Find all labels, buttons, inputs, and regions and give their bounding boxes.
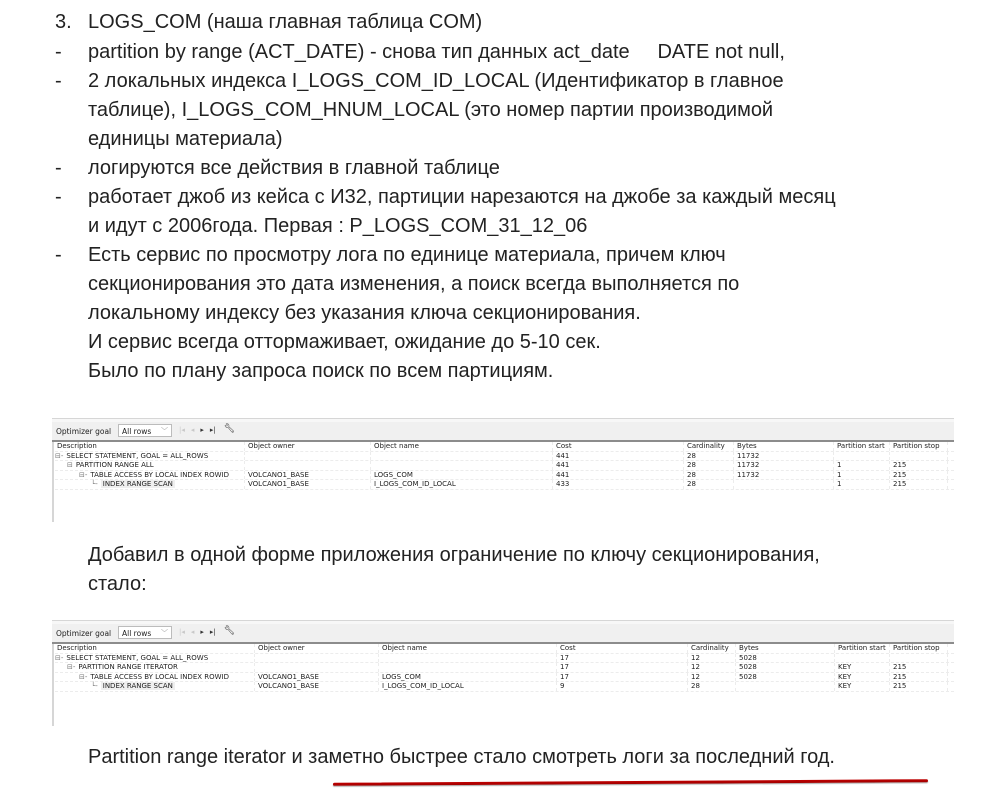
col-partition-start: KEY bbox=[835, 673, 890, 682]
col-cardinality: 12 bbox=[688, 673, 736, 682]
col-bytes: 5028 bbox=[736, 673, 835, 682]
col-owner: VOLCANO1_BASE bbox=[255, 682, 379, 691]
col-cost: 441 bbox=[553, 461, 684, 470]
col-partition-stop: 215 bbox=[890, 461, 948, 470]
col-partition-start: 1 bbox=[834, 471, 890, 480]
col-owner: VOLCANO1_BASE bbox=[245, 471, 371, 480]
optimizer-goal-label: Optimizer goal bbox=[56, 629, 111, 638]
operation-description: TABLE ACCESS BY LOCAL INDEX ROWID bbox=[90, 471, 229, 479]
col-owner bbox=[245, 452, 371, 461]
col-partition-start: KEY bbox=[835, 682, 890, 691]
col-partition-stop: 215 bbox=[890, 682, 948, 691]
tree-collapse-icon[interactable]: ⊟- bbox=[67, 663, 75, 671]
plan-row[interactable]: └-INDEX RANGE SCANVOLCANO1_BASEI_LOGS_CO… bbox=[55, 480, 954, 490]
last-icon[interactable]: ▸| bbox=[210, 628, 216, 636]
column-header-cardinality[interactable]: Cardinality bbox=[684, 442, 734, 451]
plan-header-row: DescriptionObject ownerObject nameCostCa… bbox=[55, 442, 954, 452]
col-cost: 17 bbox=[557, 654, 688, 663]
col-owner bbox=[255, 654, 379, 663]
plan-header-row: DescriptionObject ownerObject nameCostCa… bbox=[55, 644, 954, 654]
col-bytes: 5028 bbox=[736, 654, 835, 663]
col-partition-start: 1 bbox=[834, 461, 890, 470]
plan-row[interactable]: ⊟-PARTITION RANGE ITERATOR17125028KEY215 bbox=[55, 663, 954, 673]
col-cardinality: 28 bbox=[684, 461, 734, 470]
column-header-name[interactable]: Object name bbox=[371, 442, 553, 451]
col-name: LOGS_COM bbox=[379, 673, 557, 682]
bullet-text: Было по плану запроса поиск по всем парт… bbox=[88, 361, 553, 381]
optimizer-goal-select[interactable]: All rows ﹀ bbox=[118, 424, 172, 437]
col-description: ⊟-PARTITION RANGE ITERATOR bbox=[55, 663, 255, 672]
optimizer-goal-value: All rows bbox=[122, 427, 151, 436]
plan-row[interactable]: ⊟PARTITION RANGE ALL44128117321215 bbox=[55, 461, 954, 471]
col-owner: VOLCANO1_BASE bbox=[255, 673, 379, 682]
col-cost: 441 bbox=[553, 452, 684, 461]
col-name bbox=[371, 461, 553, 470]
plan-row[interactable]: ⊟-SELECT STATEMENT, GOAL = ALL_ROWS17125… bbox=[55, 654, 954, 664]
bullet-text: логируются все действия в главной таблиц… bbox=[88, 158, 500, 178]
col-cardinality: 28 bbox=[684, 452, 734, 461]
bullet-marker: - bbox=[55, 158, 62, 178]
middle-paragraph-line: стало: bbox=[88, 574, 147, 594]
col-owner bbox=[245, 461, 371, 470]
bullet-marker: - bbox=[55, 187, 62, 207]
plan-row[interactable]: ⊟-SELECT STATEMENT, GOAL = ALL_ROWS44128… bbox=[55, 452, 954, 462]
chevron-down-icon: ﹀ bbox=[161, 628, 168, 638]
bullet-text: работает джоб из кейса с И32, партиции н… bbox=[88, 187, 836, 207]
plan-row[interactable]: ⊟-TABLE ACCESS BY LOCAL INDEX ROWIDVOLCA… bbox=[55, 673, 954, 683]
column-header-name[interactable]: Object name bbox=[379, 644, 557, 653]
tree-collapse-icon[interactable]: ⊟- bbox=[55, 452, 63, 460]
column-header-description[interactable]: Description bbox=[55, 442, 245, 451]
prev-icon[interactable]: ◂ bbox=[191, 628, 195, 636]
col-cost: 17 bbox=[557, 663, 688, 672]
first-icon[interactable]: |◂ bbox=[179, 426, 185, 434]
optimizer-goal-value: All rows bbox=[122, 629, 151, 638]
col-description: ⊟-SELECT STATEMENT, GOAL = ALL_ROWS bbox=[55, 452, 245, 461]
col-partition-stop bbox=[890, 452, 948, 461]
operation-description: INDEX RANGE SCAN bbox=[101, 480, 175, 488]
column-header-cardinality[interactable]: Cardinality bbox=[688, 644, 736, 653]
col-name: LOGS_COM bbox=[371, 471, 553, 480]
col-cardinality: 28 bbox=[688, 682, 736, 691]
optimizer-goal-select[interactable]: All rows ﹀ bbox=[118, 626, 172, 639]
column-header-bytes[interactable]: Bytes bbox=[734, 442, 834, 451]
col-cardinality: 28 bbox=[684, 480, 734, 489]
first-icon[interactable]: |◂ bbox=[179, 628, 185, 636]
col-partition-stop: 215 bbox=[890, 480, 948, 489]
col-name bbox=[379, 654, 557, 663]
col-partition-stop: 215 bbox=[890, 471, 948, 480]
operation-description: SELECT STATEMENT, GOAL = ALL_ROWS bbox=[66, 654, 208, 662]
col-description: └-INDEX RANGE SCAN bbox=[55, 682, 255, 691]
col-cost: 17 bbox=[557, 673, 688, 682]
col-bytes: 11732 bbox=[734, 471, 834, 480]
operation-description: PARTITION RANGE ITERATOR bbox=[78, 663, 177, 671]
tree-collapse-icon[interactable]: ⊟ bbox=[67, 461, 73, 469]
column-header-owner[interactable]: Object owner bbox=[255, 644, 379, 653]
conclusion-text: Partition range iterator и заметно быстр… bbox=[88, 747, 835, 767]
bullet-text: 2 локальных индекса I_LOGS_COM_ID_LOCAL … bbox=[88, 71, 784, 91]
column-header-description[interactable]: Description bbox=[55, 644, 255, 653]
panel-left-border bbox=[52, 644, 54, 726]
col-partition-start: KEY bbox=[835, 663, 890, 672]
middle-paragraph-line: Добавил в одной форме приложения огранич… bbox=[88, 545, 820, 565]
col-bytes bbox=[736, 682, 835, 691]
col-description: ⊟-SELECT STATEMENT, GOAL = ALL_ROWS bbox=[55, 654, 255, 663]
plan-toolbar: Optimizer goal All rows ﹀ |◂ ◂ ▸ ▸| 🔧︎ bbox=[52, 422, 954, 442]
col-name: I_LOGS_COM_ID_LOCAL bbox=[371, 480, 553, 489]
col-bytes: 11732 bbox=[734, 461, 834, 470]
col-partition-stop: 215 bbox=[890, 673, 948, 682]
col-description: ⊟PARTITION RANGE ALL bbox=[55, 461, 245, 470]
column-header-partition-start[interactable]: Partition start bbox=[835, 644, 890, 653]
col-cost: 9 bbox=[557, 682, 688, 691]
bullet-text: И сервис всегда оттормаживает, ожидание … bbox=[88, 332, 601, 352]
column-header-bytes[interactable]: Bytes bbox=[736, 644, 835, 653]
col-name: I_LOGS_COM_ID_LOCAL bbox=[379, 682, 557, 691]
execution-plan-panel-before: Optimizer goal All rows ﹀ |◂ ◂ ▸ ▸| 🔧︎ D… bbox=[52, 418, 954, 522]
bullet-marker: - bbox=[55, 71, 62, 91]
col-bytes: 11732 bbox=[734, 452, 834, 461]
col-description: ⊟-TABLE ACCESS BY LOCAL INDEX ROWID bbox=[55, 673, 255, 682]
column-header-owner[interactable]: Object owner bbox=[245, 442, 371, 451]
col-cost: 441 bbox=[553, 471, 684, 480]
bullet-text: partition by range (ACT_DATE) - снова ти… bbox=[88, 42, 785, 62]
column-header-partition-start[interactable]: Partition start bbox=[834, 442, 890, 451]
bullet-text: секционирования это дата изменения, а по… bbox=[88, 274, 739, 294]
next-icon[interactable]: ▸ bbox=[200, 628, 204, 636]
operation-description: TABLE ACCESS BY LOCAL INDEX ROWID bbox=[90, 673, 229, 681]
column-header-partition-stop[interactable]: Partition stop bbox=[890, 442, 948, 451]
bullet-text: единицы материала) bbox=[88, 129, 283, 149]
plan-grid: DescriptionObject ownerObject nameCostCa… bbox=[55, 442, 954, 490]
prev-icon[interactable]: ◂ bbox=[191, 426, 195, 434]
bullet-marker: - bbox=[55, 245, 62, 265]
col-cardinality: 28 bbox=[684, 471, 734, 480]
execution-plan-panel-after: Optimizer goal All rows ﹀ |◂ ◂ ▸ ▸| 🔧︎ D… bbox=[52, 620, 954, 726]
col-owner: VOLCANO1_BASE bbox=[245, 480, 371, 489]
tree-collapse-icon[interactable]: ⊟- bbox=[79, 673, 87, 681]
col-name bbox=[379, 663, 557, 672]
col-description: ⊟-TABLE ACCESS BY LOCAL INDEX ROWID bbox=[55, 471, 245, 480]
col-description: └-INDEX RANGE SCAN bbox=[55, 480, 245, 489]
bullet-text: Есть сервис по просмотру лога по единице… bbox=[88, 245, 726, 265]
col-cardinality: 12 bbox=[688, 663, 736, 672]
col-name bbox=[371, 452, 553, 461]
bullet-text: таблице), I_LOGS_COM_HNUM_LOCAL (это ном… bbox=[88, 100, 773, 120]
red-underline-annotation bbox=[333, 779, 928, 786]
wrench-icon[interactable]: 🔧︎ bbox=[224, 424, 235, 434]
col-cardinality: 12 bbox=[688, 654, 736, 663]
operation-description: INDEX RANGE SCAN bbox=[101, 682, 175, 690]
tree-leaf-connector-icon: └- bbox=[91, 682, 98, 690]
plan-toolbar: Optimizer goal All rows ﹀ |◂ ◂ ▸ ▸| 🔧︎ bbox=[52, 624, 954, 644]
col-bytes: 5028 bbox=[736, 663, 835, 672]
tree-leaf-connector-icon: └- bbox=[91, 480, 98, 488]
plan-grid: DescriptionObject ownerObject nameCostCa… bbox=[55, 644, 954, 692]
bullet-text: и идут с 2006года. Первая : P_LOGS_COM_3… bbox=[88, 216, 587, 236]
bullet-text: локальному индексу без указания ключа се… bbox=[88, 303, 641, 323]
tree-collapse-icon[interactable]: ⊟- bbox=[55, 654, 63, 662]
tree-collapse-icon[interactable]: ⊟- bbox=[79, 471, 87, 479]
col-partition-start bbox=[834, 452, 890, 461]
column-header-cost[interactable]: Cost bbox=[557, 644, 688, 653]
column-header-cost[interactable]: Cost bbox=[553, 442, 684, 451]
plan-row[interactable]: └-INDEX RANGE SCANVOLCANO1_BASEI_LOGS_CO… bbox=[55, 682, 954, 692]
plan-row[interactable]: ⊟-TABLE ACCESS BY LOCAL INDEX ROWIDVOLCA… bbox=[55, 471, 954, 481]
panel-left-border bbox=[52, 442, 54, 522]
next-icon[interactable]: ▸ bbox=[200, 426, 204, 434]
col-partition-start bbox=[835, 654, 890, 663]
chevron-down-icon: ﹀ bbox=[161, 426, 168, 436]
column-header-partition-stop[interactable]: Partition stop bbox=[890, 644, 948, 653]
col-cost: 433 bbox=[553, 480, 684, 489]
heading-number: 3. bbox=[55, 12, 72, 32]
col-partition-stop: 215 bbox=[890, 663, 948, 672]
optimizer-goal-label: Optimizer goal bbox=[56, 427, 111, 436]
wrench-icon[interactable]: 🔧︎ bbox=[224, 626, 235, 636]
col-bytes bbox=[734, 480, 834, 489]
heading-text: LOGS_COM (наша главная таблица COM) bbox=[88, 12, 482, 32]
operation-description: PARTITION RANGE ALL bbox=[76, 461, 154, 469]
operation-description: SELECT STATEMENT, GOAL = ALL_ROWS bbox=[66, 452, 208, 460]
col-owner bbox=[255, 663, 379, 672]
bullet-marker: - bbox=[55, 42, 62, 62]
last-icon[interactable]: ▸| bbox=[210, 426, 216, 434]
col-partition-stop bbox=[890, 654, 948, 663]
col-partition-start: 1 bbox=[834, 480, 890, 489]
